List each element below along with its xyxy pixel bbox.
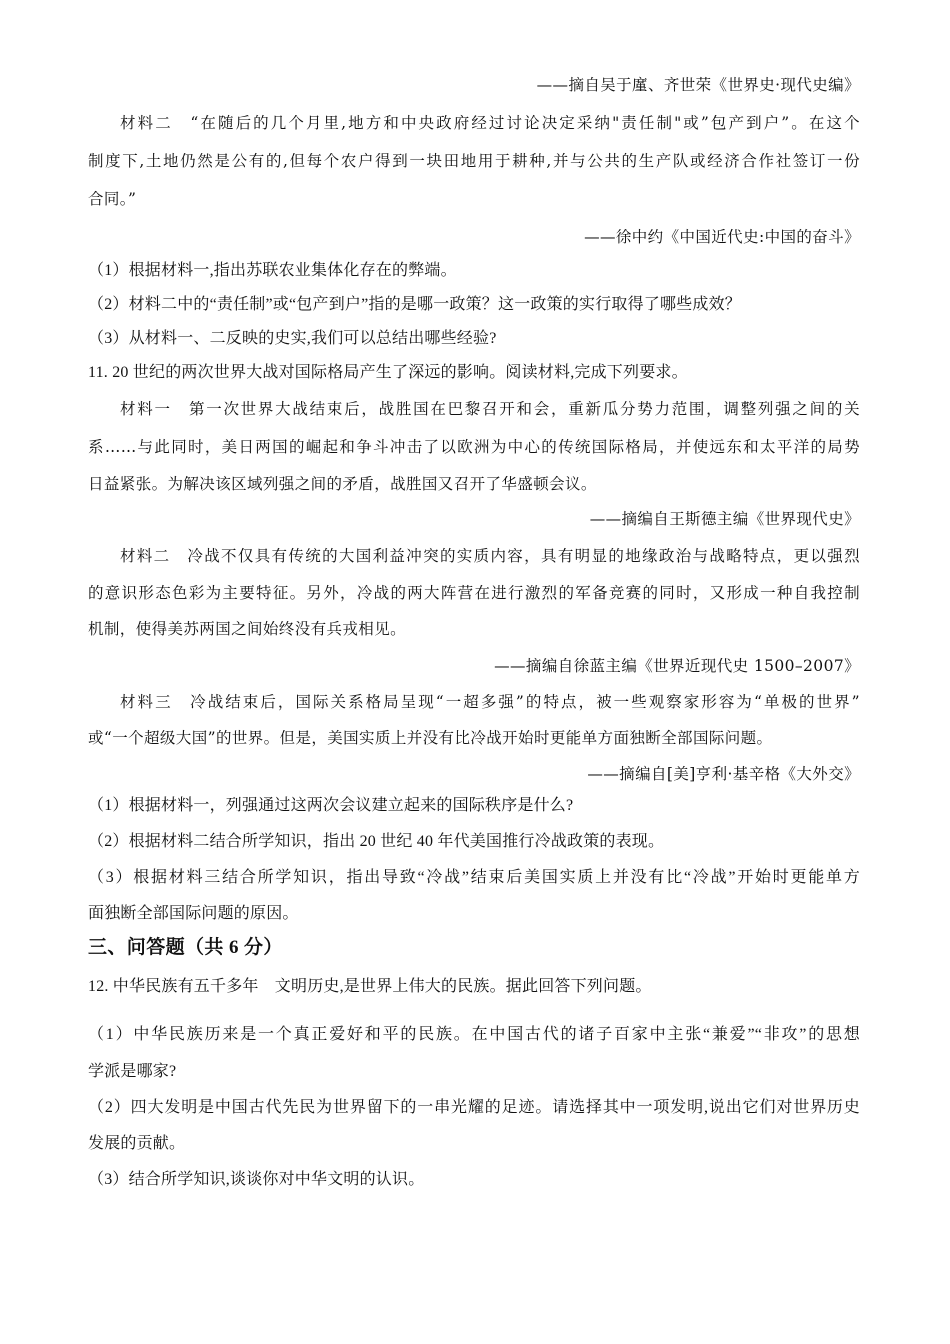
question-item: 面独断全部国际问题的原因。	[88, 903, 860, 925]
question-item: （1）中华民族历来是一个真正爱好和平的民族。在中国古代的诸子百家中主张“兼爱”“…	[88, 1024, 860, 1046]
question-stem: 11. 20 世纪的两次世界大战对国际格局产生了深远的影响。阅读材料,完成下列要…	[88, 362, 860, 384]
material-two-text: 制度下,土地仍然是公有的,但每个农户得到一块田地用于耕种,并与公共的生产队或经济…	[88, 150, 860, 172]
question-item: 发展的贡献。	[88, 1133, 860, 1155]
material-one-text: 材料一 第一次世界大战结束后，战胜国在巴黎召开和会，重新瓜分势力范围，调整列强之…	[120, 398, 860, 420]
question-item: （2）根据材料二结合所学知识，指出 20 世纪 40 年代美国推行冷战政策的表现…	[88, 831, 860, 853]
material-one-text: 系……与此同时，美日两国的崛起和争斗冲击了以欧洲为中心的传统国际格局，并使远东和…	[88, 436, 860, 458]
material-two-text: 合同。”	[88, 188, 860, 210]
question-item: （1）根据材料一，列强通过这两次会议建立起来的国际秩序是什么?	[88, 795, 860, 817]
material-two-text: 材料二 冷战不仅具有传统的大国利益冲突的实质内容，具有明显的地缘政治与战略特点，…	[120, 545, 860, 567]
question-stem: 12. 中华民族有五千多年 文明历史,是世界上伟大的民族。据此回答下列问题。	[88, 976, 860, 998]
question-item: （3）结合所学知识,谈谈你对中华文明的认识。	[88, 1169, 860, 1191]
source-citation: ——摘编自徐蓝主编《世界近现代史 1500–2007》	[88, 655, 860, 677]
material-two-text: 材料二 “在随后的几个月里,地方和中央政府经过讨论决定采纳"责任制"或”包产到户…	[120, 112, 860, 134]
document-page: ——摘自吴于廑、齐世荣《世界史·现代史编》 材料二 “在随后的几个月里,地方和中…	[0, 0, 950, 1344]
material-three-text: 材料三 冷战结束后，国际关系格局呈现“一超多强”的特点，被一些观察家形容为“单极…	[120, 691, 860, 713]
material-two-text: 的意识形态色彩为主要特征。另外，冷战的两大阵营在进行激烈的军备竞赛的同时，又形成…	[88, 582, 860, 604]
question-item: （3）根据材料三结合所学知识，指出导致“冷战”结束后美国实质上并没有比“冷战”开…	[88, 867, 860, 889]
source-citation: ——摘自吴于廑、齐世荣《世界史·现代史编》	[88, 74, 860, 96]
question-item: 学派是哪家?	[88, 1061, 860, 1083]
material-three-text: 或“一个超级大国”的世界。但是，美国实质上并没有比冷战开始时更能单方面独断全部国…	[88, 727, 860, 749]
material-two-text: 机制，使得美苏两国之间始终没有兵戎相见。	[88, 618, 860, 640]
source-citation: ——摘编自[美]亨利·基辛格《大外交》	[88, 763, 860, 785]
section-heading: 三、问答题（共 6 分）	[88, 937, 860, 959]
question-item: （3）从材料一、二反映的史实,我们可以总结出哪些经验?	[88, 328, 860, 350]
question-item: （2）材料二中的“责任制”或“包产到户”指的是哪一政策？这一政策的实行取得了哪些…	[88, 294, 860, 316]
question-item: （1）根据材料一,指出苏联农业集体化存在的弊端。	[88, 260, 860, 282]
question-item: （2）四大发明是中国古代先民为世界留下的一串光耀的足迹。请选择其中一项发明,说出…	[88, 1097, 860, 1119]
source-citation: ——摘编自王斯德主编《世界现代史》	[88, 508, 860, 530]
source-citation: ——徐中约《中国近代史:中国的奋斗》	[88, 226, 860, 248]
material-one-text: 日益紧张。为解决该区域列强之间的矛盾，战胜国又召开了华盛顿会议。	[88, 473, 860, 495]
